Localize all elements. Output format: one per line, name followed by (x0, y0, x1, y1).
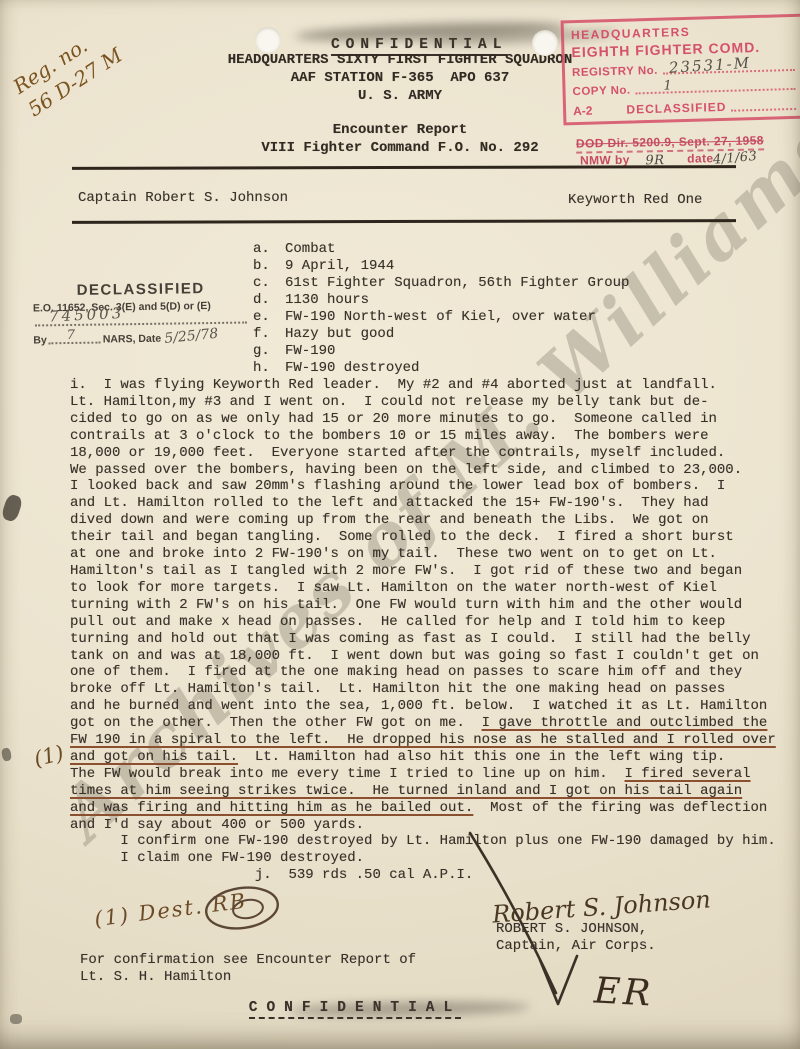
confirmation-note: For confirmation see Encounter Report of… (80, 952, 416, 986)
confirmation-line1: For confirmation see Encounter Report of (80, 952, 416, 969)
punch-hole (532, 30, 558, 56)
punch-hole (255, 27, 281, 53)
classification-bottom: CONFIDENTIAL (249, 1000, 461, 1019)
circle-scribble (204, 883, 281, 933)
confirmation-line2: Lt. S. H. Hamilton (80, 969, 416, 986)
signature-name-typed: ROBERT S. JOHNSON, (496, 921, 647, 937)
circle-scribble-inner (232, 898, 265, 921)
arrow-head (540, 956, 577, 1004)
document-page: Archives of M. Williams CONFIDENTIAL HEA… (0, 0, 800, 1049)
classification-bottom-wrap: CONFIDENTIAL (0, 998, 710, 1019)
signature-rank: Captain, Air Corps. (496, 938, 656, 954)
paper-tear (10, 1014, 22, 1024)
